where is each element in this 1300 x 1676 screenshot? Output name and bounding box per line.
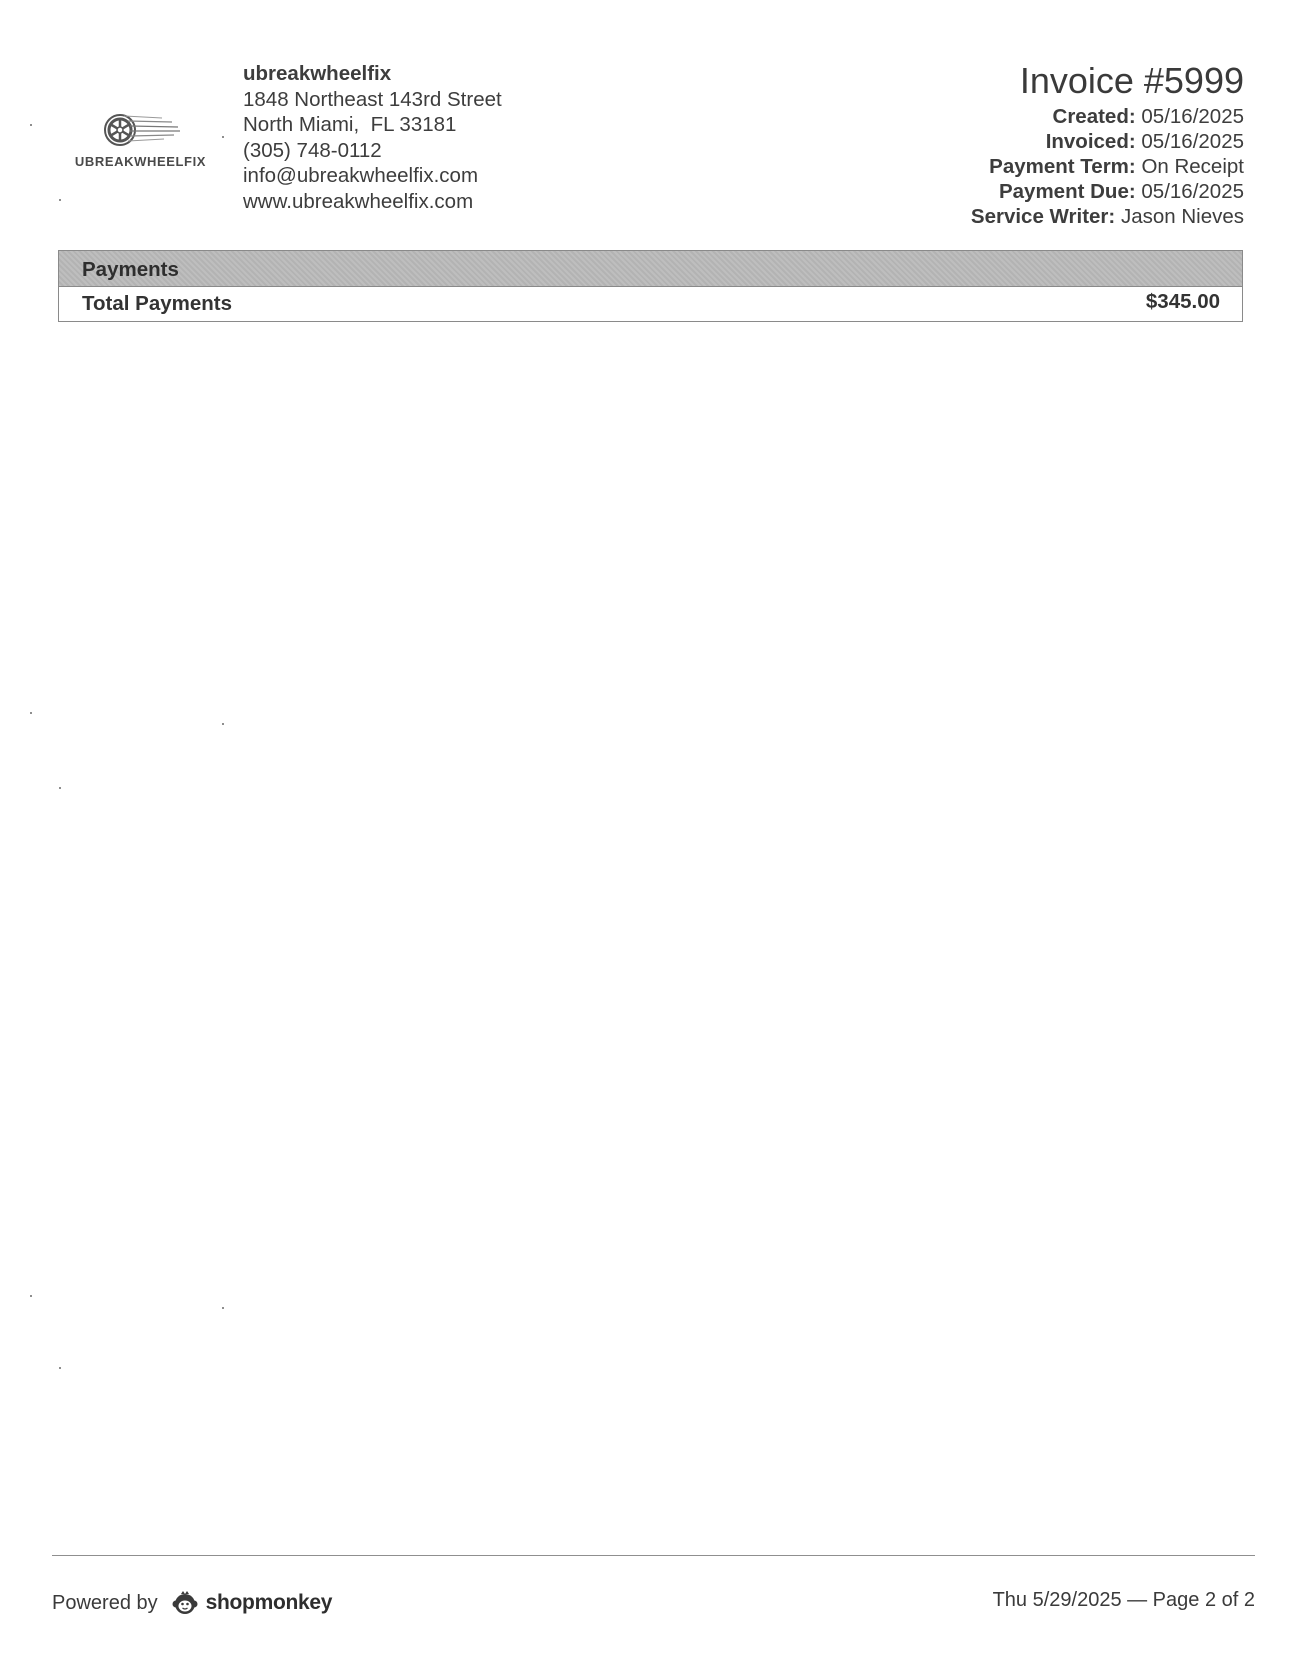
invoice-title: Invoice #5999	[971, 58, 1244, 104]
company-address-line2: North Miami, FL 33181	[243, 112, 502, 138]
total-payments-label: Total Payments	[82, 287, 232, 321]
total-payments-value: $345.00	[1146, 285, 1220, 319]
meta-service-writer: Service Writer: Jason Nieves	[971, 204, 1244, 229]
footer-date-page: Thu 5/29/2025 — Page 2 of 2	[993, 1587, 1255, 1613]
meta-value: 05/16/2025	[1141, 130, 1244, 153]
wheel-logo-icon	[102, 110, 182, 150]
scan-speck	[59, 1367, 61, 1369]
meta-value: Jason Nieves	[1121, 205, 1244, 228]
brand-name: shopmonkey	[206, 1590, 333, 1616]
meta-value: 05/16/2025	[1141, 105, 1244, 128]
meta-label: Invoiced:	[1046, 130, 1136, 153]
company-name: ubreakwheelfix	[243, 61, 502, 87]
footer-powered-by: Powered by shopmonkey	[52, 1590, 332, 1616]
table-row: Total Payments $345.00	[59, 287, 1242, 321]
scan-speck	[222, 1307, 224, 1309]
scan-speck	[30, 124, 32, 126]
scan-speck	[222, 136, 224, 138]
meta-label: Payment Due:	[999, 180, 1136, 203]
meta-label: Payment Term:	[989, 155, 1136, 178]
company-phone: (305) 748-0112	[243, 138, 502, 164]
scan-speck	[30, 1295, 32, 1297]
scan-speck	[59, 787, 61, 789]
payments-header: Payments	[59, 251, 1242, 287]
logo-wordmark: UBREAKWHEELFIX	[58, 154, 223, 169]
meta-value: On Receipt	[1141, 155, 1244, 178]
meta-payment-term: Payment Term: On Receipt	[971, 154, 1244, 179]
company-address-line1: 1848 Northeast 143rd Street	[243, 87, 502, 113]
powered-by-text: Powered by	[52, 1590, 158, 1616]
company-info: ubreakwheelfix 1848 Northeast 143rd Stre…	[243, 61, 502, 214]
scan-speck	[59, 199, 61, 201]
scan-speck	[30, 712, 32, 714]
meta-label: Service Writer:	[971, 205, 1115, 228]
meta-label: Created:	[1053, 105, 1136, 128]
meta-invoiced: Invoiced: 05/16/2025	[971, 129, 1244, 154]
monkey-icon	[172, 1591, 198, 1615]
meta-created: Created: 05/16/2025	[971, 104, 1244, 129]
footer-divider	[52, 1555, 1255, 1556]
company-logo: UBREAKWHEELFIX	[58, 110, 223, 172]
company-website: www.ubreakwheelfix.com	[243, 189, 502, 215]
payments-table: Payments Total Payments $345.00	[58, 250, 1243, 322]
shopmonkey-brand: shopmonkey	[172, 1590, 333, 1616]
scan-speck	[222, 723, 224, 725]
invoice-meta: Invoice #5999 Created: 05/16/2025 Invoic…	[971, 58, 1244, 229]
meta-payment-due: Payment Due: 05/16/2025	[971, 179, 1244, 204]
meta-value: 05/16/2025	[1141, 180, 1244, 203]
company-email: info@ubreakwheelfix.com	[243, 163, 502, 189]
